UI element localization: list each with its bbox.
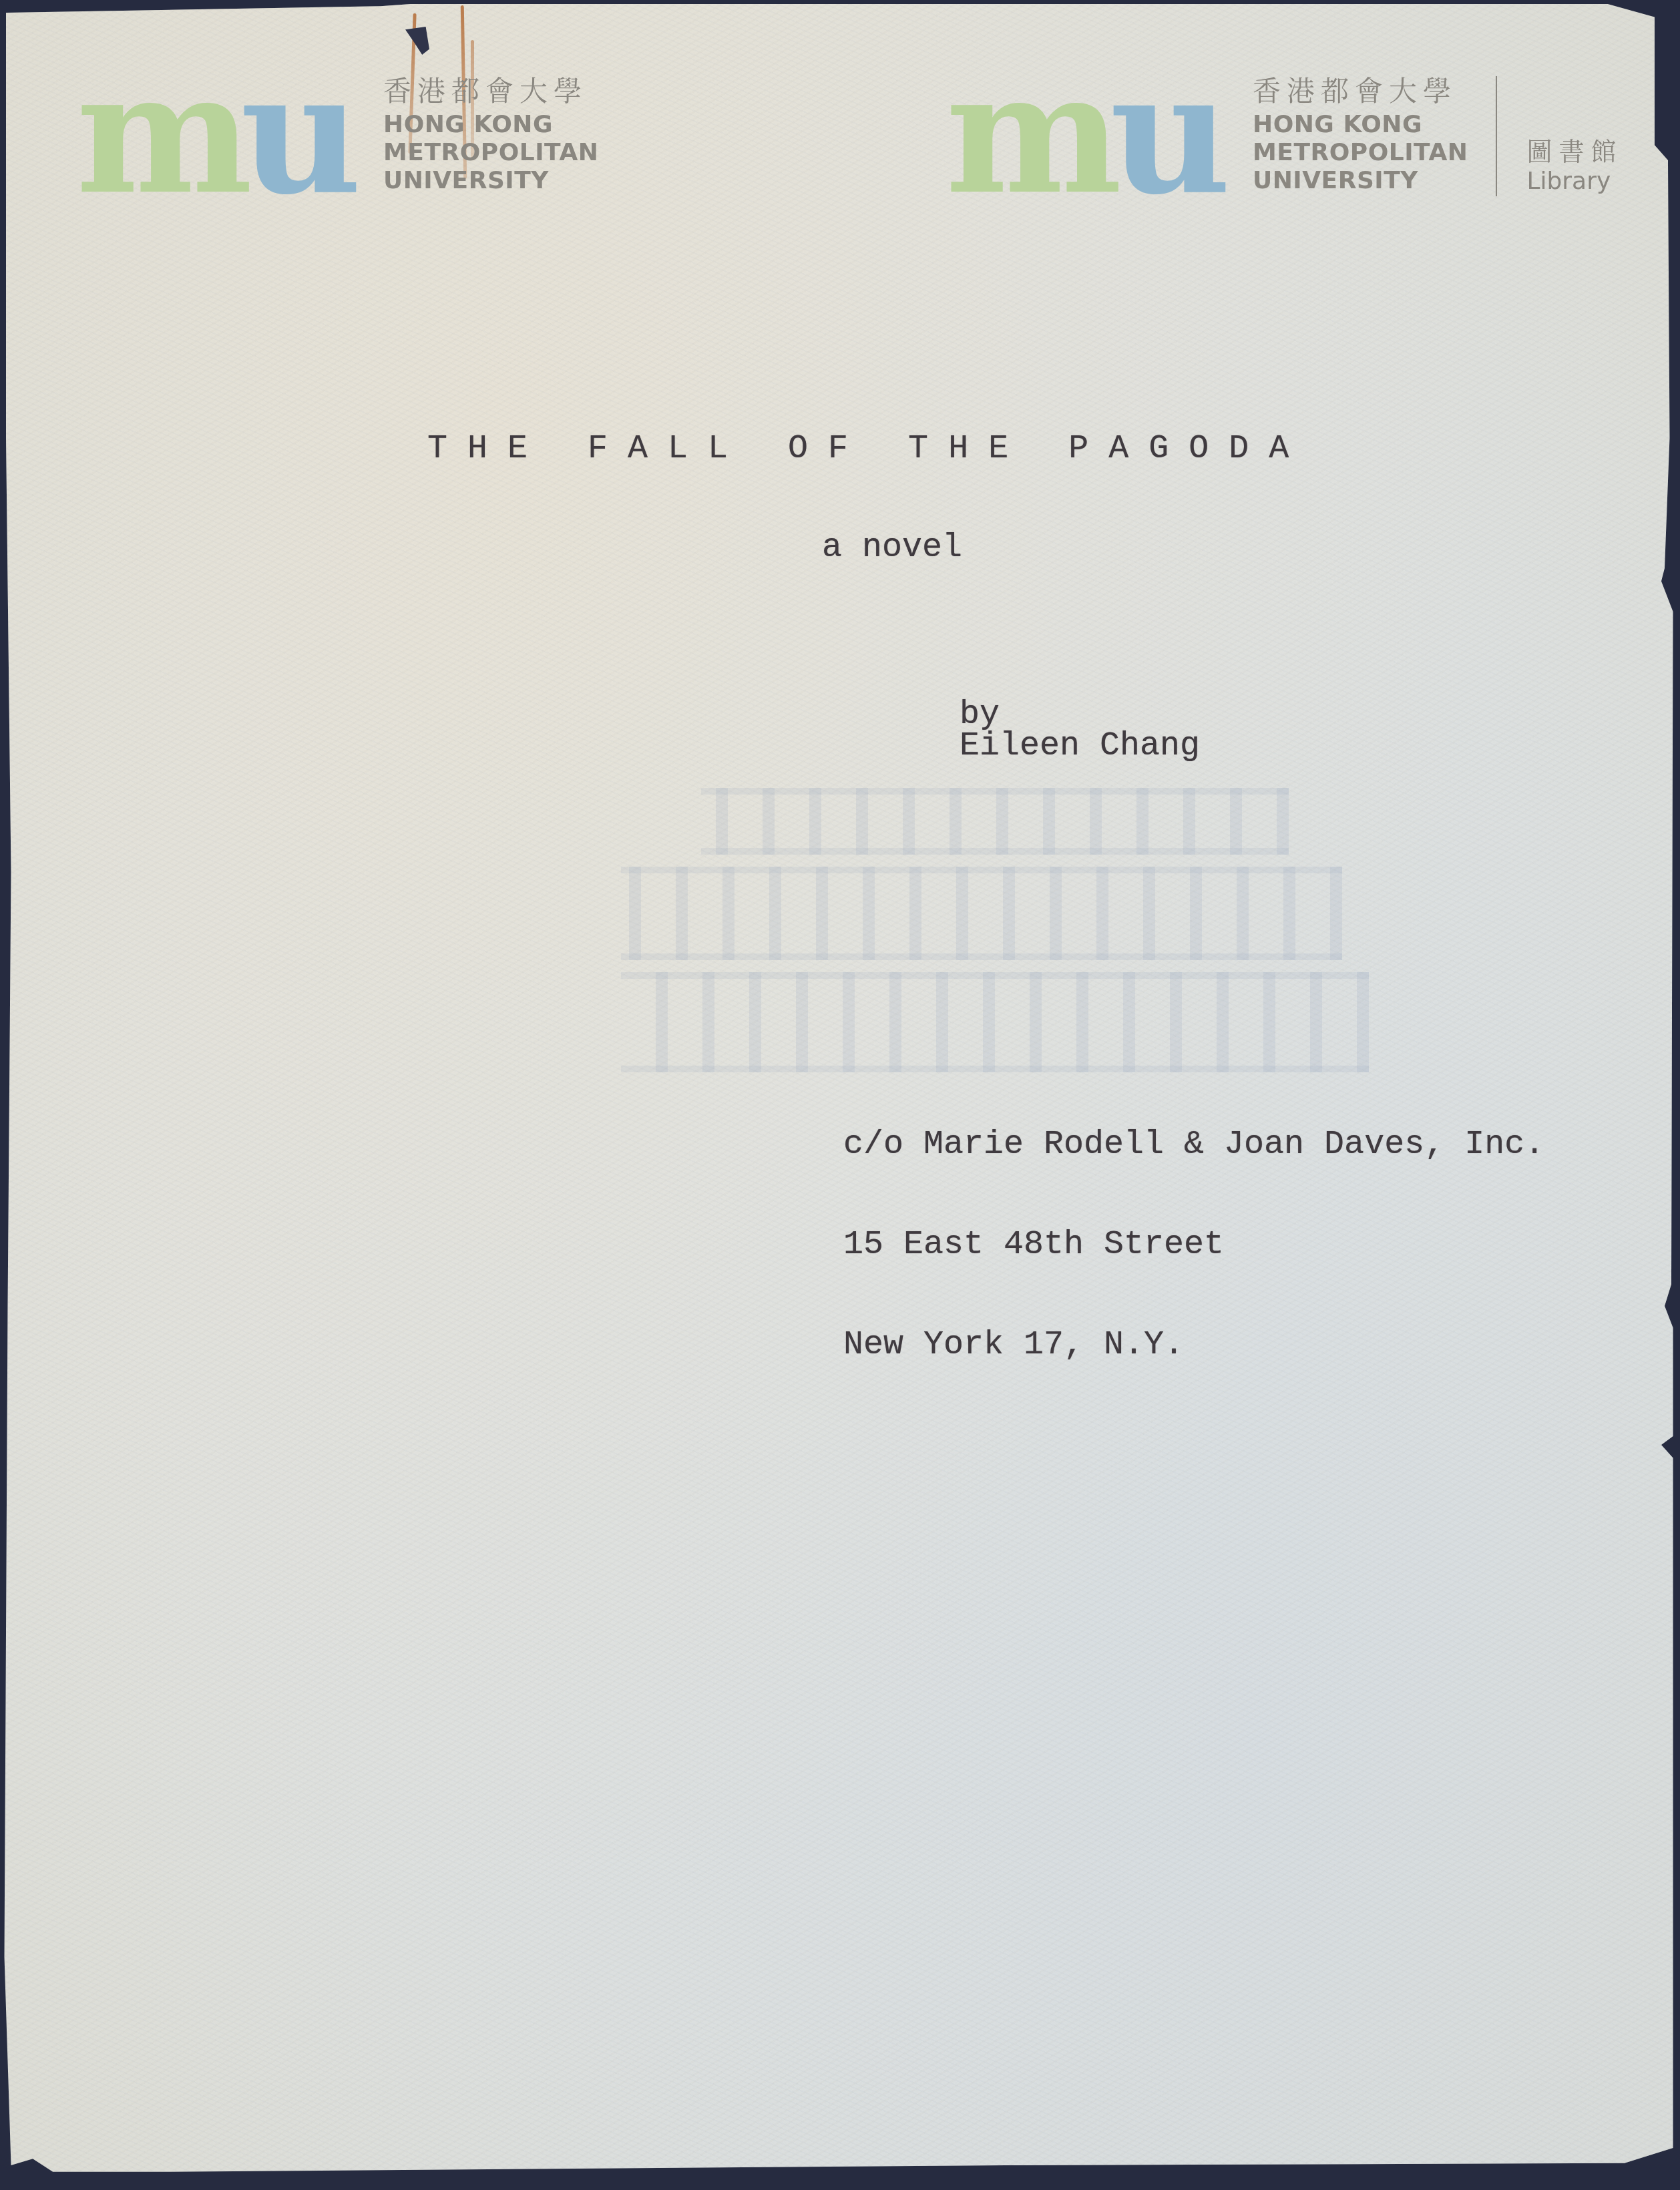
logo-wordmark: 香港都會大學 HONG KONG METROPOLITAN UNIVERSITY	[383, 75, 598, 195]
agent-address: c/o Marie Rodell & Joan Daves, Inc. 15 E…	[843, 1062, 1544, 1395]
author-name: Eileen Chang	[960, 730, 1200, 763]
logo-mark-m: m	[76, 49, 246, 216]
logo-name-en-line-2: METROPOLITAN	[383, 139, 598, 167]
mu-logo-icon: m u	[951, 75, 1225, 195]
logo-name-en-line-1: HONG KONG	[383, 111, 598, 139]
logo-name-en-line-3: UNIVERSITY	[383, 167, 598, 195]
address-line-1: c/o Marie Rodell & Joan Daves, Inc.	[843, 1128, 1544, 1162]
library-label-zh: 圖書館	[1526, 136, 1623, 167]
logo-mark-u: u	[240, 49, 355, 216]
university-library-logo-right: m u 香港都會大學 HONG KONG METROPOLITAN UNIVER…	[951, 75, 1623, 196]
bleed-through-line	[701, 788, 1289, 855]
address-line-3: New York 17, N.Y.	[843, 1329, 1544, 1362]
reverse-side-bleed-through	[621, 788, 1342, 1084]
manuscript-subtitle: a novel	[822, 531, 962, 565]
mu-logo-icon: m u	[81, 75, 355, 195]
logo-name-en-line-3: UNIVERSITY	[1253, 167, 1468, 195]
university-logo-left: m u 香港都會大學 HONG KONG METROPOLITAN UNIVER…	[81, 75, 598, 195]
address-line-2: 15 East 48th Street	[843, 1229, 1544, 1262]
logo-mark-u: u	[1110, 49, 1225, 216]
logo-name-en-line-1: HONG KONG	[1253, 111, 1468, 139]
bleed-through-line	[621, 867, 1342, 960]
logo-mark-m: m	[946, 49, 1116, 216]
library-label-en: Library	[1526, 167, 1623, 196]
bleed-through-line	[621, 972, 1369, 1072]
logo-name-zh: 香港都會大學	[1253, 75, 1468, 111]
logo-divider	[1496, 76, 1497, 196]
library-label: 圖書館 Library	[1526, 75, 1623, 196]
logo-wordmark: 香港都會大學 HONG KONG METROPOLITAN UNIVERSITY	[1253, 75, 1468, 195]
logo-name-en-line-2: METROPOLITAN	[1253, 139, 1468, 167]
manuscript-title: T H E F A L L O F T H E P A G O D A	[427, 433, 1289, 466]
logo-name-zh: 香港都會大學	[383, 75, 598, 111]
